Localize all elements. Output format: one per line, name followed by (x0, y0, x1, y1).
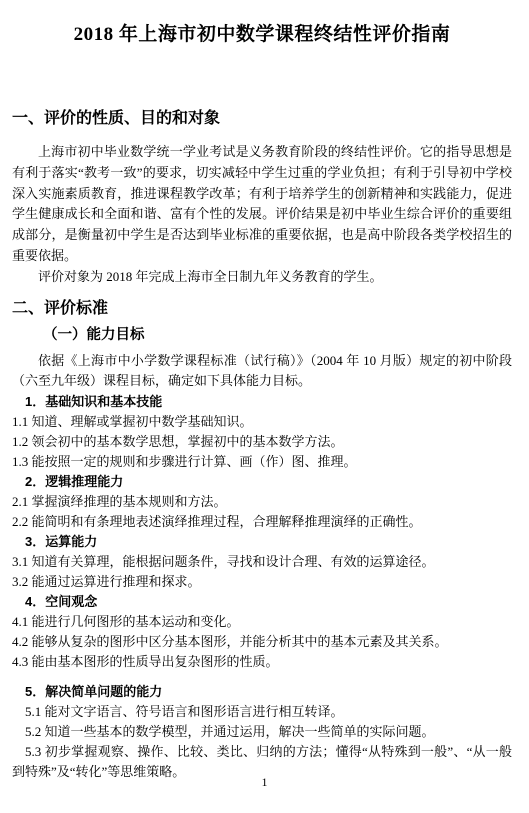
section-1-paragraph-1: 上海市初中毕业数学统一学业考试是义务教育阶段的终结性评价。它的指导思想是有利于落… (12, 142, 512, 267)
ability-item-4-3: 4.3 能由基本图形的性质导出复杂图形的性质。 (12, 652, 512, 672)
document-page: 2018 年上海市初中数学课程终结性评价指南 一、评价的性质、目的和对象 上海市… (0, 0, 529, 813)
ability-item-1-1: 1.1 知道、理解或掌握初中数学基础知识。 (12, 412, 512, 432)
subsection-intro-paragraph: 依据《上海市中小学数学课程标准（试行稿）》（2004 年 10 月版）规定的初中… (12, 351, 512, 393)
ability-group-1-heading: 1．基础知识和基本技能 (12, 392, 512, 412)
ability-item-3-1: 3.1 知道有关算理，能根据问题条件，寻找和设计合理、有效的运算途径。 (12, 552, 512, 572)
ability-item-4-2: 4.2 能够从复杂的图形中区分基本图形，并能分析其中的基本元素及其关系。 (12, 632, 512, 652)
document-title: 2018 年上海市初中数学课程终结性评价指南 (12, 22, 512, 48)
ability-item-5-2: 5.2 知道一些基本的数学模型，并通过运用，解决一些简单的实际问题。 (12, 722, 512, 742)
ability-item-1-3: 1.3 能按照一定的规则和步骤进行计算、画（作）图、推理。 (12, 452, 512, 472)
subsection-ability-goals-heading: （一）能力目标 (12, 327, 512, 343)
ability-group-4-heading: 4．空间观念 (12, 592, 512, 612)
section-1-paragraph-2: 评价对象为 2018 年完成上海市全日制九年义务教育的学生。 (12, 267, 512, 288)
page-number: 1 (0, 775, 529, 789)
ability-item-1-2: 1.2 领会初中的基本数学思想，掌握初中的基本数学方法。 (12, 432, 512, 452)
ability-item-2-1: 2.1 掌握演绎推理的基本规则和方法。 (12, 492, 512, 512)
ability-group-2-heading: 2．逻辑推理能力 (12, 472, 512, 492)
ability-group-5-heading: 5．解决简单问题的能力 (12, 682, 512, 702)
ability-item-5-1: 5.1 能对文字语言、符号语言和图形语言进行相互转译。 (12, 702, 512, 722)
ability-item-4-1: 4.1 能进行几何图形的基本运动和变化。 (12, 612, 512, 632)
ability-group-3-heading: 3．运算能力 (12, 532, 512, 552)
ability-item-3-2: 3.2 能通过运算进行推理和探求。 (12, 572, 512, 592)
ability-item-2-2: 2.2 能简明和有条理地表述演绎推理过程，合理解释推理演绎的正确性。 (12, 512, 512, 532)
section-2-heading: 二、评价标准 (12, 300, 512, 318)
section-1-heading: 一、评价的性质、目的和对象 (12, 110, 512, 128)
